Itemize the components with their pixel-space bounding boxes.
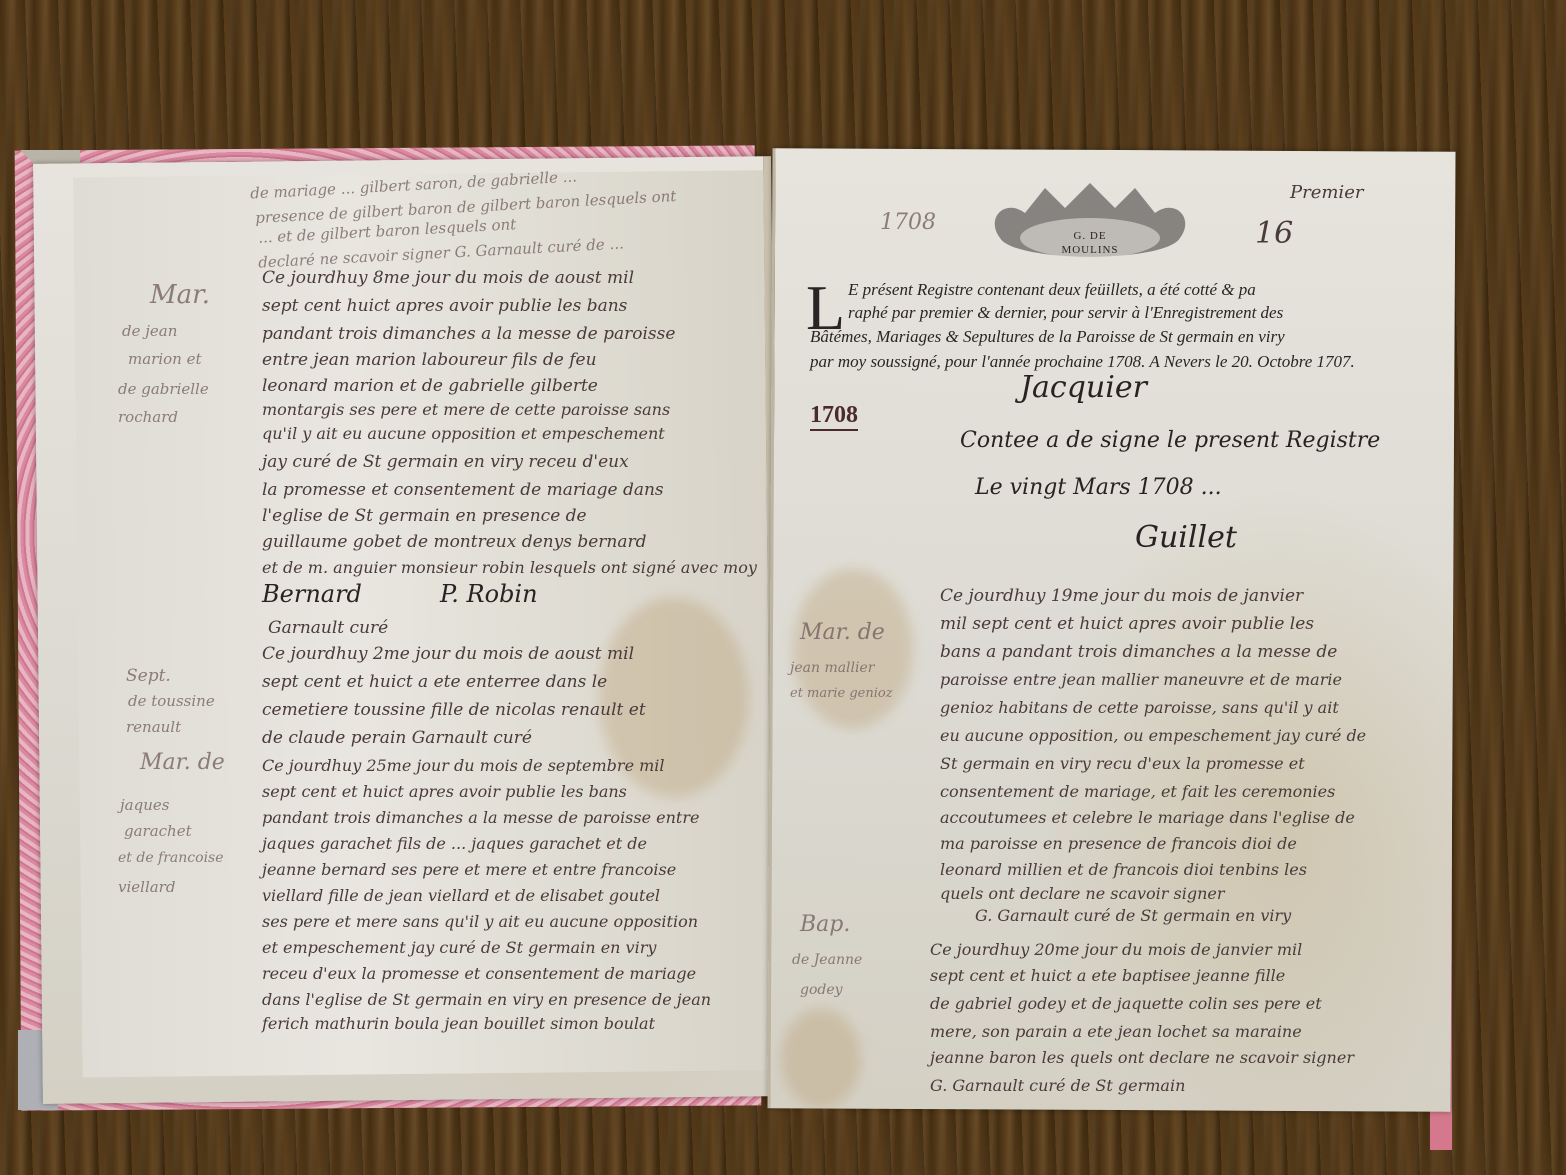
entry-line: bans a pandant trois dimanches a la mess… <box>940 642 1337 662</box>
entry-line: l'eglise de St germain en presence de <box>262 506 587 526</box>
signature-guillet: Guillet <box>1135 520 1237 555</box>
premier-label: Premier <box>1290 182 1363 203</box>
entry-line: Ce jourdhuy 8me jour du mois de aoust mi… <box>262 268 634 288</box>
entry-line: Ce jourdhuy 20me jour du mois de janvier… <box>930 940 1302 959</box>
entry-line: de claude perain Garnault curé <box>262 728 532 748</box>
printed-line: raphé par premier & dernier, pour servir… <box>848 303 1283 323</box>
entry-line: eu aucune opposition, ou empeschement ja… <box>940 726 1366 745</box>
water-stain <box>780 1008 861 1108</box>
margin-line: godey <box>800 982 843 998</box>
entry-line: viellard fille de jean viellard et de el… <box>262 886 660 905</box>
entry-line: Ce jourdhuy 2me jour du mois de aoust mi… <box>262 644 634 664</box>
entry-signature-line: G. Garnault curé de St germain en viry <box>975 906 1291 925</box>
tax-stamp: G. DE MOULINS <box>985 178 1195 268</box>
margin-line: jean mallier <box>790 660 874 676</box>
entry-line: dans l'eglise de St germain en viry en p… <box>262 990 711 1009</box>
year-annotation: 1708 <box>880 210 936 235</box>
entry-line: St germain en viry recu d'eux la promess… <box>940 754 1305 773</box>
margin-line: rochard <box>118 408 178 426</box>
entry-line: de gabriel godey et de jaquette colin se… <box>930 994 1322 1013</box>
entry-line: pandant trois dimanches a la messe de pa… <box>262 324 675 344</box>
margin-label: Mar. de <box>800 620 885 645</box>
entry-line: jaques garachet fils de ... jaques garac… <box>262 834 647 853</box>
entry-line: jeanne bernard ses pere et mere et entre… <box>262 860 676 879</box>
entry-line: mere, son parain a ete jean lochet sa ma… <box>930 1022 1302 1041</box>
entry-line: ferich mathurin boula jean bouillet simo… <box>262 1014 655 1033</box>
entry-line: jay curé de St germain en viry receu d'e… <box>262 452 629 472</box>
margin-label: Mar. de <box>140 750 225 775</box>
entry-line: qu'il y ait eu aucune opposition et empe… <box>262 424 665 443</box>
entry-line: receu d'eux la promesse et consentement … <box>262 964 696 983</box>
entry-line: quels ont declare ne scavoir signer <box>940 884 1225 903</box>
entry-line: cemetiere toussine fille de nicolas rena… <box>262 700 646 720</box>
folio-mark: 16 <box>1255 216 1293 251</box>
margin-line: de Jeanne <box>792 952 862 968</box>
margin-line: de toussine <box>128 692 215 710</box>
entry-line: ses pere et mere sans qu'il y ait eu auc… <box>262 912 698 931</box>
printed-line: Bâtémes, Mariages & Sepultures de la Par… <box>810 327 1285 347</box>
entry-line: sept cent et huict a ete baptisee jeanne… <box>930 966 1285 985</box>
water-stain <box>792 568 913 729</box>
certification-line: Contee a de signe le present Registre <box>960 428 1380 453</box>
margin-line: jaques <box>120 796 169 814</box>
entry-closing: Garnault curé <box>268 618 388 638</box>
margin-line: viellard <box>118 878 175 896</box>
entry-line: sept cent et huict apres avoir publie le… <box>262 782 627 801</box>
signature-bernard: Bernard <box>262 580 362 608</box>
entry-line: jeanne baron les quels ont declare ne sc… <box>930 1048 1354 1067</box>
entry-line: paroisse entre jean mallier maneuvre et … <box>940 670 1342 689</box>
margin-line: et marie genioz <box>790 686 893 701</box>
entry-line: Ce jourdhuy 25me jour du mois de septemb… <box>262 756 665 775</box>
year-stamp: 1708 <box>810 402 858 431</box>
signature-jacquier: Jacquier <box>1020 370 1147 405</box>
margin-line: renault <box>126 718 181 736</box>
margin-line: de gabrielle <box>118 380 209 398</box>
entry-line: la promesse et consentement de mariage d… <box>262 480 664 500</box>
entry-line: consentement de mariage, et fait les cer… <box>940 782 1335 801</box>
entry-line: et de m. anguier monsieur robin lesquels… <box>262 558 757 577</box>
margin-line: et de francoise <box>118 850 224 866</box>
margin-line: de jean <box>122 322 177 340</box>
signature-robin: P. Robin <box>440 580 538 608</box>
entry-line: sept cent huict apres avoir publie les b… <box>262 296 627 316</box>
margin-line: garachet <box>124 822 192 840</box>
entry-line: guillaume gobet de montreux denys bernar… <box>262 532 647 552</box>
certification-line: Le vingt Mars 1708 ... <box>975 475 1222 500</box>
entry-line: montargis ses pere et mere de cette paro… <box>262 400 670 419</box>
entry-line: entre jean marion laboureur fils de feu <box>262 350 597 370</box>
stamp-text-2: MOULINS <box>985 244 1195 256</box>
printed-line: E présent Registre contenant deux feüill… <box>848 280 1256 300</box>
entry-line: genioz habitans de cette paroisse, sans … <box>940 698 1339 717</box>
entry-line: pandant trois dimanches a la messe de pa… <box>262 808 699 827</box>
margin-label: Bap. <box>800 912 850 937</box>
entry-line: accoutumees et celebre le mariage dans l… <box>940 808 1355 827</box>
entry-line: leonard marion et de gabrielle gilberte <box>262 376 598 396</box>
entry-line: mil sept cent et huict apres avoir publi… <box>940 614 1314 634</box>
printed-line: par moy soussigné, pour l'année prochain… <box>810 352 1355 372</box>
margin-label: Sept. <box>126 666 171 686</box>
margin-label: Mar. <box>150 280 210 310</box>
entry-line: ma paroisse en presence de francois dioi… <box>940 834 1297 853</box>
margin-line: marion et <box>128 350 202 368</box>
entry-signature-line: G. Garnault curé de St germain <box>930 1076 1185 1095</box>
entry-line: Ce jourdhuy 19me jour du mois de janvier <box>940 586 1303 606</box>
entry-line: leonard millien et de francois dioi tenb… <box>940 860 1307 879</box>
stamp-text-1: G. DE <box>985 230 1195 242</box>
entry-line: et empeschement jay curé de St germain e… <box>262 938 656 957</box>
entry-line: sept cent et huict a ete enterree dans l… <box>262 672 607 692</box>
